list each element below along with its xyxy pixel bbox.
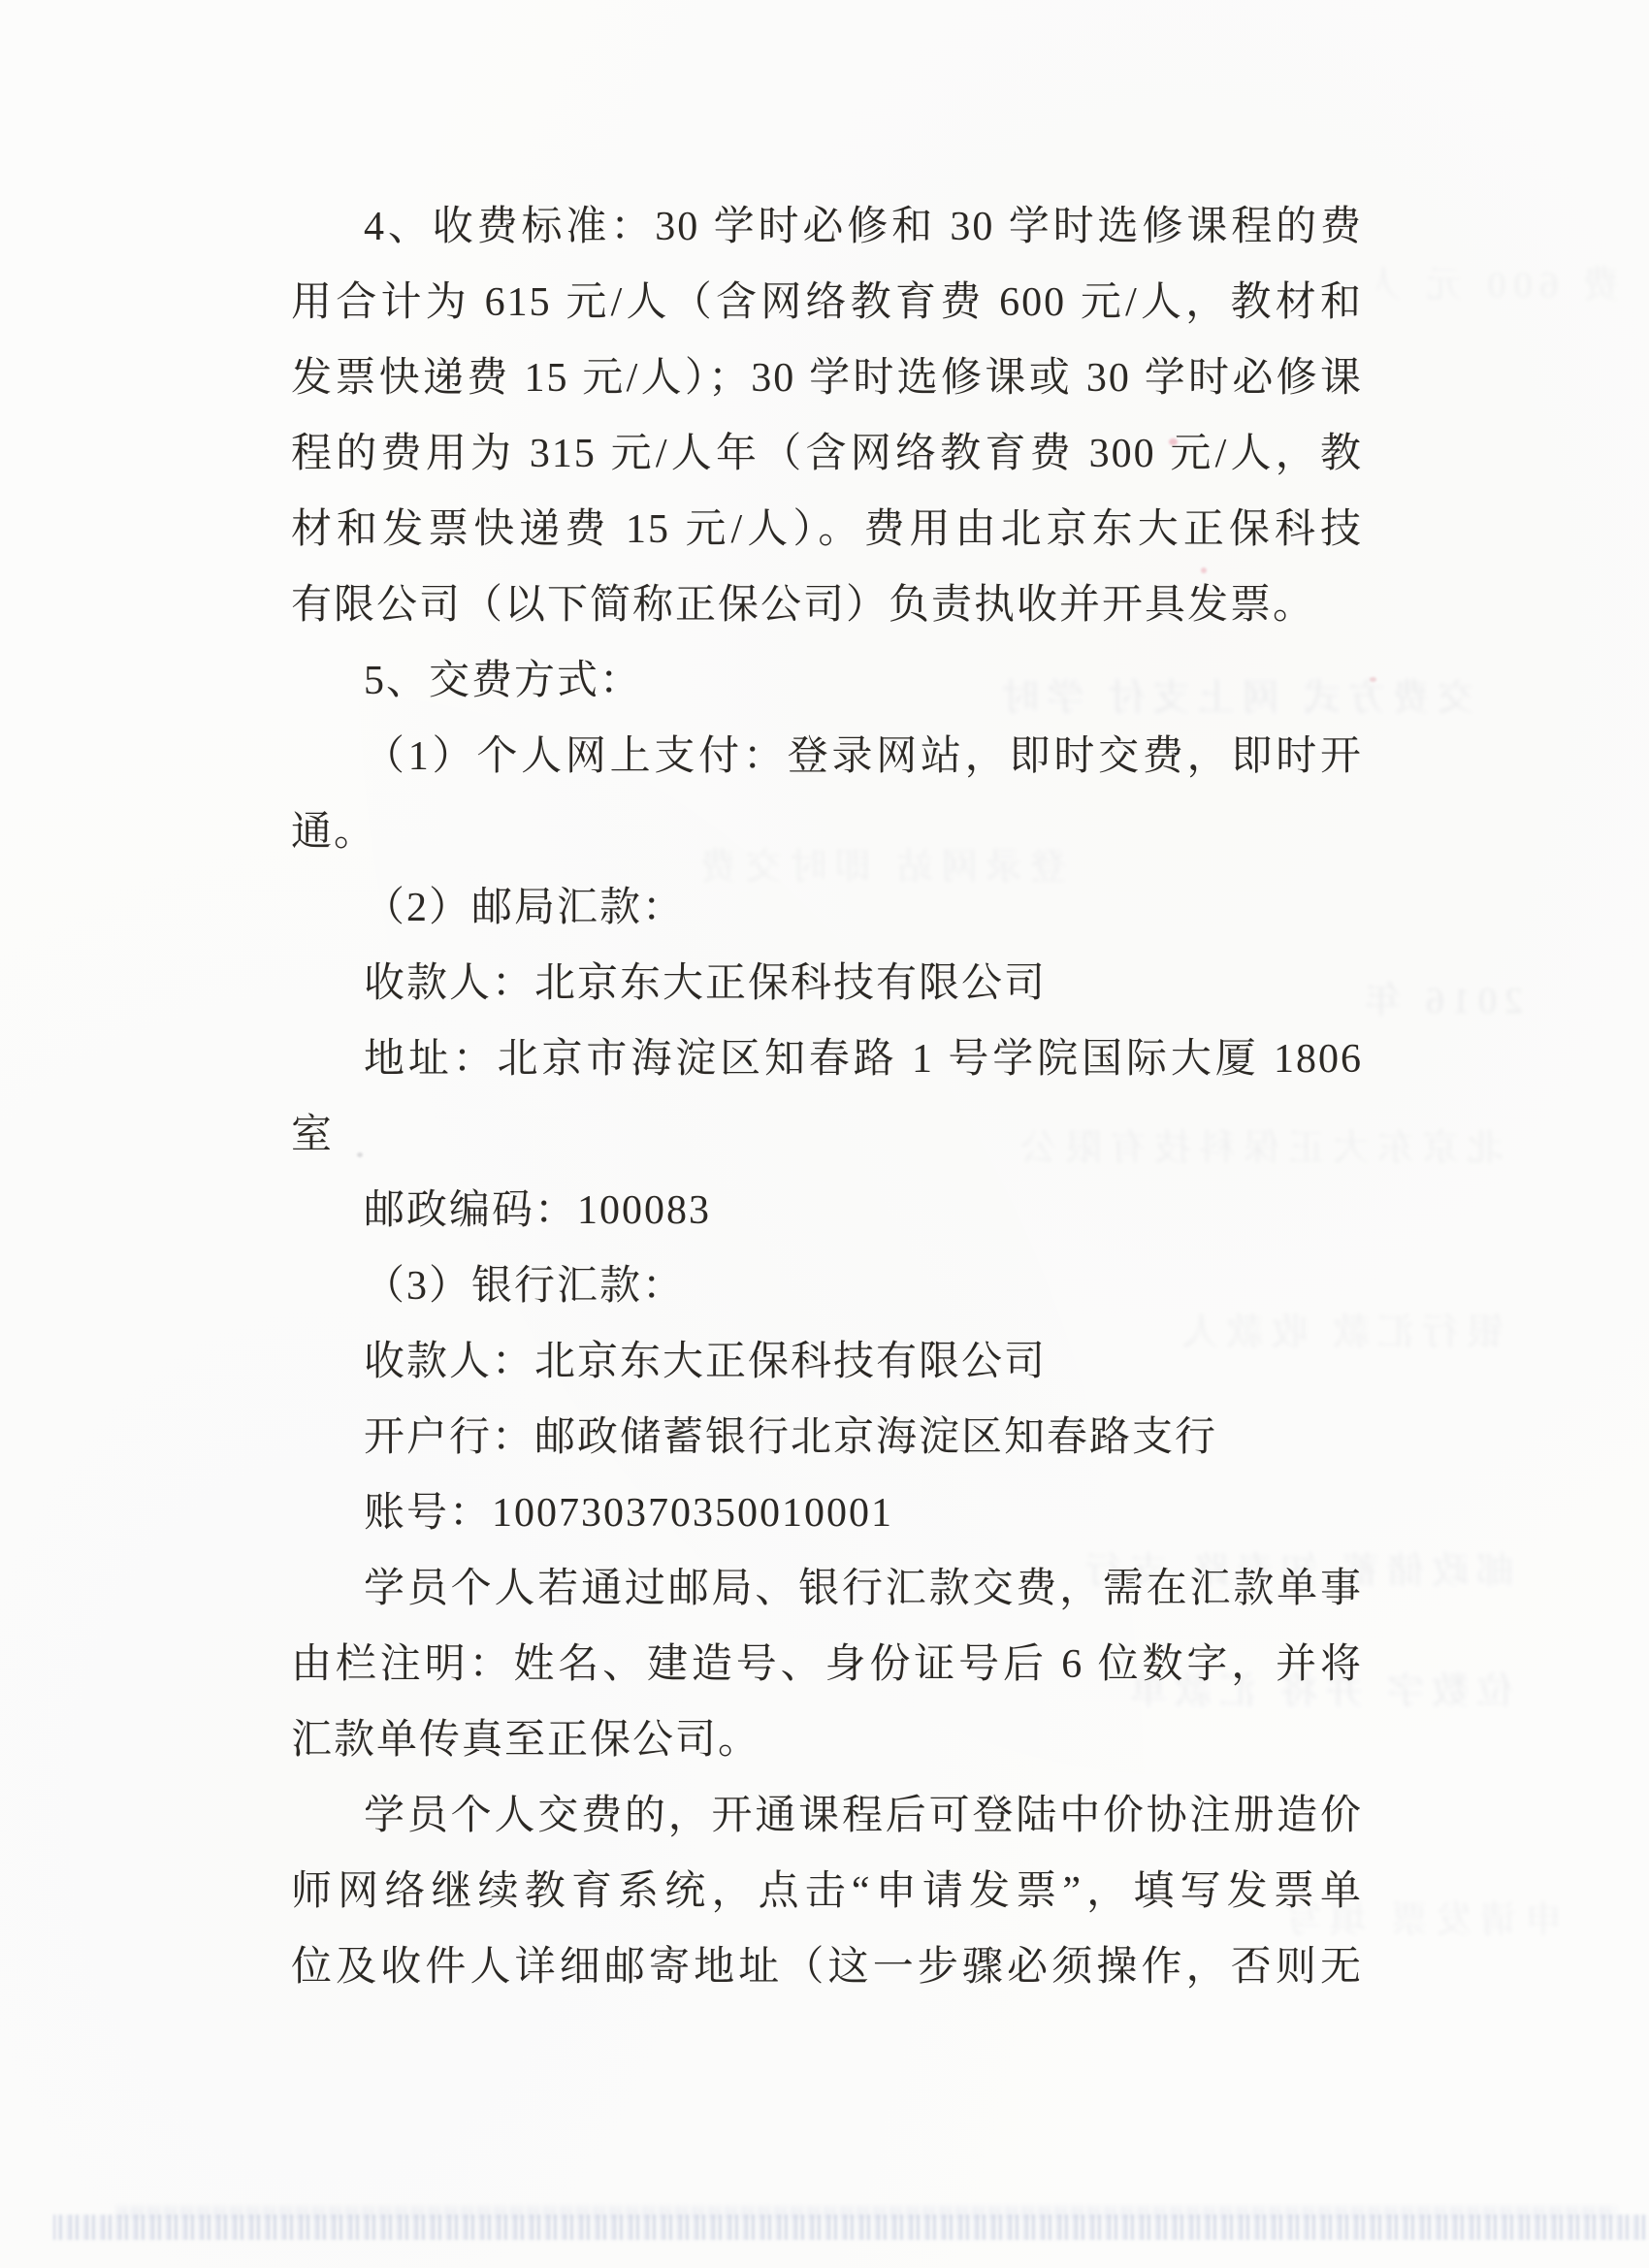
text-line: 收款人：北京东大正保科技有限公司 <box>291 946 1363 1021</box>
text-line: 用合计为 615 元/人（含网络教育费 600 元/人，教材和 <box>291 265 1363 340</box>
text-line: 有限公司（以下简称正保公司）负责执收并开具发票。 <box>291 567 1363 643</box>
text-line: （1）个人网上支付：登录网站，即时交费，即时开 <box>291 719 1363 794</box>
text-line: 学员个人若通过邮局、银行汇款交费，需在汇款单事 <box>291 1551 1363 1627</box>
text-line: 由栏注明：姓名、建造号、身份证号后 6 位数字，并将 <box>291 1627 1363 1702</box>
text-line: 开户行：邮政储蓄银行北京海淀区知春路支行 <box>291 1400 1363 1475</box>
text-line: 师网络继续教育系统，点击“申请发票”，填写发票单 <box>291 1854 1363 1929</box>
text-line: 账号：100730370350010001 <box>291 1475 1363 1551</box>
document-body: 4、收费标准：30 学时必修和 30 学时选修课程的费用合计为 615 元/人（… <box>291 189 1363 2005</box>
scanned-document-page: 4、收费标准：30 学时必修和 30 学时选修课程的费用合计为 615 元/人（… <box>0 0 1649 2268</box>
text-line: 发票快递费 15 元/人）；30 学时选修课或 30 学时必修课 <box>291 340 1363 416</box>
text-line: 收款人：北京东大正保科技有限公司 <box>291 1324 1363 1400</box>
text-line: 通。 <box>291 794 1363 870</box>
text-line: 位及收件人详细邮寄地址（这一步骤必须操作，否则无 <box>291 1929 1363 2005</box>
text-line: （2）邮局汇款： <box>291 870 1363 946</box>
text-line: 5、交费方式： <box>291 643 1363 719</box>
scan-speck <box>1370 677 1376 682</box>
text-line: 4、收费标准：30 学时必修和 30 学时选修课程的费 <box>291 189 1363 265</box>
bleedthrough-artifact: 费 600 元 人 <box>1377 254 1620 308</box>
scanner-noise-band <box>53 2215 1649 2240</box>
text-line: 地址：北京市海淀区知春路 1 号学院国际大厦 1806 <box>291 1021 1363 1097</box>
text-line: （3）银行汇款： <box>291 1248 1363 1324</box>
text-line: 汇款单传真至正保公司。 <box>291 1702 1363 1778</box>
text-line: 程的费用为 315 元/人年（含网络教育费 300 元/人，教 <box>291 416 1363 492</box>
text-line: 材和发票快递费 15 元/人）。费用由北京东大正保科技 <box>291 492 1363 567</box>
text-line: 邮政编码：100083 <box>291 1173 1363 1248</box>
text-line: 室 <box>291 1097 1363 1173</box>
text-line: 学员个人交费的，开通课程后可登陆中价协注册造价 <box>291 1778 1363 1854</box>
